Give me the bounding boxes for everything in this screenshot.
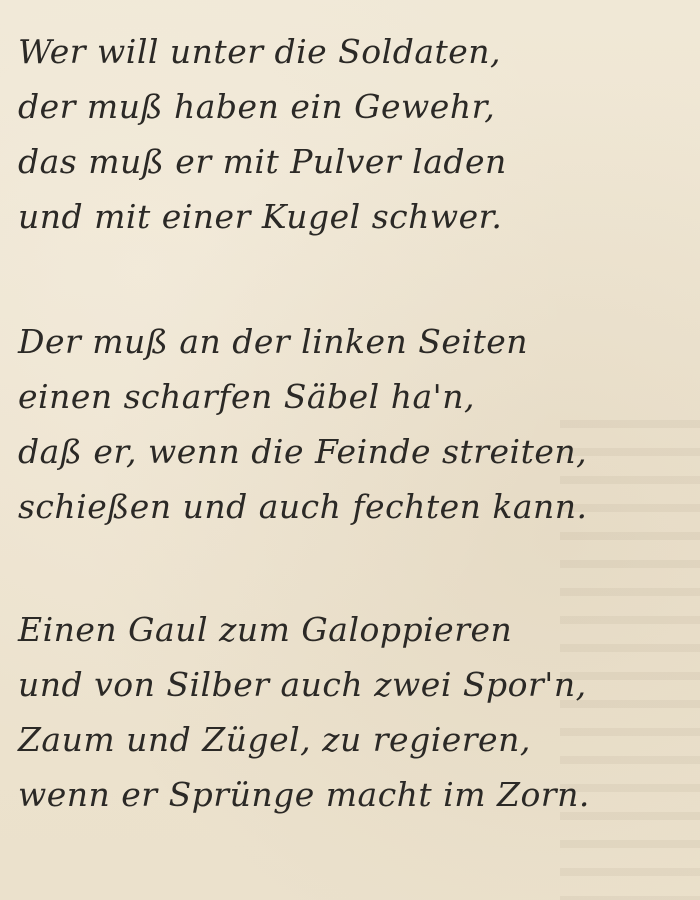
poem-line: einen scharfen Säbel ha'n,	[18, 369, 588, 424]
poem-line: der muß haben ein Gewehr,	[18, 79, 507, 134]
poem-line: wenn er Sprünge macht im Zorn.	[18, 767, 590, 822]
poem-line: das muß er mit Pulver laden	[18, 134, 507, 189]
poem-line: Der muß an der linken Seiten	[18, 314, 588, 369]
stanza-3: Einen Gaul zum Galoppieren und von Silbe…	[18, 602, 590, 822]
stanza-1: Wer will unter die Soldaten, der muß hab…	[18, 24, 507, 244]
stanza-2: Der muß an der linken Seiten einen schar…	[18, 314, 588, 534]
poem-line: daß er, wenn die Feinde streiten,	[18, 424, 588, 479]
poem-line: und von Silber auch zwei Spor'n,	[18, 657, 590, 712]
poem-line: und mit einer Kugel schwer.	[18, 189, 507, 244]
poem-line: schießen und auch fechten kann.	[18, 479, 588, 534]
poem-line: Wer will unter die Soldaten,	[18, 24, 507, 79]
poem-line: Einen Gaul zum Galoppieren	[18, 602, 590, 657]
poem-line: Zaum und Zügel, zu regieren,	[18, 712, 590, 767]
